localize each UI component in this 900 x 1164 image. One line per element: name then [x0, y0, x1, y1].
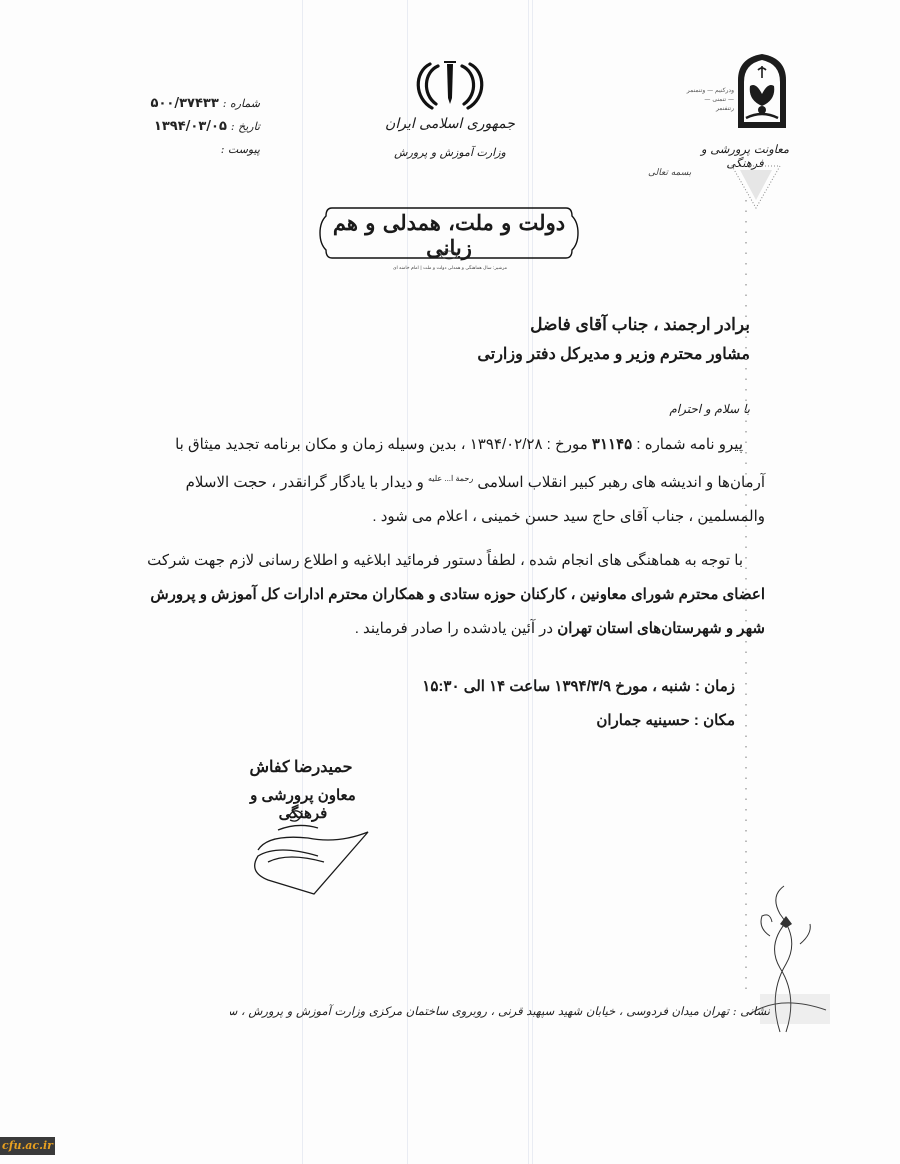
- attachment-label: پیوست :: [221, 138, 260, 161]
- body-paragraph-1: پیرو نامه شماره : ۳۱۱۴۵ مورخ : ۱۳۹۴/۰۲/۲…: [125, 428, 765, 534]
- republic-title: جمهوری اسلامی ایران: [360, 116, 540, 132]
- para2-text-c: در آئین یادشده را صادر فرمایند .: [355, 620, 558, 637]
- letter-page: شماره : ۵۰۰/۳۷۴۳۳ تاریخ : ۱۳۹۴/۰۳/۰۵ پیو…: [0, 0, 900, 1164]
- event-time: زمان : شنبه ، مورخ ۱۳۹۴/۳/۹ ساعت ۱۴ الی …: [422, 670, 735, 704]
- body-paragraph-2: با توجه به هماهنگی های انجام شده ، لطفاً…: [125, 544, 765, 646]
- honorific: رحمة ا... علیه: [428, 474, 473, 483]
- deputy-education-logo-icon: [736, 52, 788, 130]
- letter-attachment: پیوست :: [150, 138, 260, 161]
- letter-date: تاریخ : ۱۳۹۴/۰۳/۰۵: [150, 115, 260, 138]
- number-label: شماره :: [223, 92, 260, 115]
- addressee-title: مشاور محترم وزیر و مدیرکل دفتر وزارتی: [477, 344, 750, 364]
- decorative-ornament-icon: [730, 162, 782, 210]
- addressee-name: برادر ارجمند ، جناب آقای فاضل: [530, 315, 750, 335]
- signer-name: حمیدرضا کفاش: [236, 757, 366, 777]
- reference-letter-number: ۳۱۱۴۵: [592, 436, 632, 453]
- handwritten-note: بسمه تعالی: [648, 168, 691, 178]
- date-value: ۱۳۹۴/۰۳/۰۵: [154, 115, 227, 138]
- logo-side-text: ودرکنیم — وتنمنمر — تنمنی — رتنفنمر: [686, 86, 734, 113]
- decorative-dotted-border: [742, 200, 750, 990]
- greeting: با سلام و احترام: [669, 402, 750, 416]
- event-place: مکان : حسینیه جماران: [422, 704, 735, 738]
- para2-text-a: با توجه به هماهنگی های انجام شده ، لطفاً…: [147, 552, 743, 569]
- para1-text-a: پیرو نامه شماره :: [632, 436, 743, 453]
- letter-number: شماره : ۵۰۰/۳۷۴۳۳: [150, 92, 260, 115]
- handwritten-signature-icon: [228, 800, 378, 900]
- slogan-subtext: مرشیر: سال هماهنگی و همدلی دولت و ملت | …: [380, 266, 520, 271]
- site-watermark-badge: cfu.ac.ir: [0, 1137, 55, 1155]
- iran-emblem-icon: [410, 58, 490, 112]
- ministry-title: وزارت آموزش و پرورش: [360, 146, 540, 159]
- date-label: تاریخ :: [231, 115, 260, 138]
- event-details: زمان : شنبه ، مورخ ۱۳۹۴/۳/۹ ساعت ۱۴ الی …: [422, 670, 735, 738]
- slogan-seal-icon: [440, 250, 458, 260]
- letter-meta: شماره : ۵۰۰/۳۷۴۳۳ تاریخ : ۱۳۹۴/۰۳/۰۵ پیو…: [150, 92, 260, 161]
- number-value: ۵۰۰/۳۷۴۳۳: [151, 92, 219, 115]
- footer-address: نشانی : تهران میدان فردوسی ، خیابان شهید…: [230, 1004, 770, 1018]
